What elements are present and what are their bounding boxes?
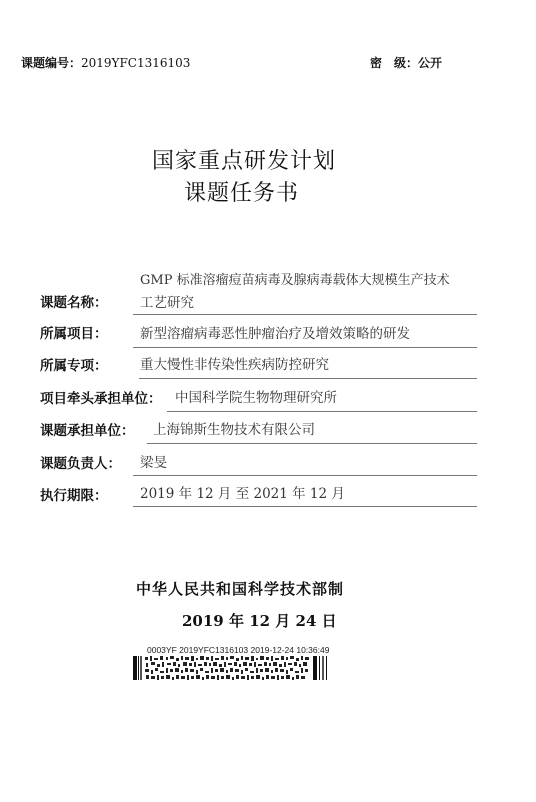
secrecy-label: 密 级： — [370, 56, 418, 70]
field-value-principal-investigator: 梁旻 — [140, 451, 167, 471]
project-number-label: 课题编号： — [21, 56, 81, 70]
underline — [133, 347, 477, 348]
field-label-special-program: 所属专项： — [40, 354, 108, 374]
project-number: 课题编号：2019YFC1316103 — [21, 54, 190, 71]
field-label-execution-period: 执行期限： — [40, 484, 108, 504]
field-value-special-program: 重大慢性非传染性疾病防控研究 — [140, 353, 329, 373]
secrecy-value: 公开 — [418, 56, 442, 70]
field-label-principal-investigator: 课题负责人： — [40, 452, 121, 472]
field-value-project-name-line2: 工艺研究 — [140, 291, 194, 311]
field-label-project-name: 课题名称： — [40, 291, 108, 311]
barcode-text: 0003YF 2019YFC1316103 2019-12-24 10:36:4… — [147, 645, 329, 655]
field-value-parent-project: 新型溶瘤病毒恶性肿瘤治疗及增效策略的研发 — [140, 322, 410, 342]
field-value-lead-institution: 中国科学院生物物理研究所 — [175, 386, 337, 406]
issuer: 中华人民共和国科学技术部制 — [136, 578, 344, 599]
underline — [167, 411, 477, 412]
field-value-project-name-line1: GMP 标准溶瘤痘苗病毒及腺病毒载体大规模生产技术 — [140, 269, 450, 288]
issue-date: 2019 年 12 月 24 日 — [182, 610, 337, 631]
field-value-undertaking-unit: 上海锦斯生物技术有限公司 — [153, 418, 315, 438]
underline — [133, 475, 477, 476]
field-label-parent-project: 所属项目： — [40, 322, 108, 342]
underline — [139, 378, 477, 379]
field-label-undertaking-unit: 课题承担单位： — [40, 419, 135, 439]
secrecy-level: 密 级：公开 — [370, 54, 442, 71]
barcode-icon — [133, 656, 333, 680]
underline — [133, 506, 477, 507]
underline — [147, 443, 477, 444]
project-number-value: 2019YFC1316103 — [81, 56, 190, 70]
document-title: 国家重点研发计划 — [152, 144, 336, 175]
field-value-execution-period: 2019 年 12 月 至 2021 年 12 月 — [140, 482, 345, 502]
field-label-lead-institution: 项目牵头承担单位： — [40, 387, 162, 407]
underline — [133, 314, 477, 315]
document-subtitle: 课题任务书 — [184, 176, 299, 207]
